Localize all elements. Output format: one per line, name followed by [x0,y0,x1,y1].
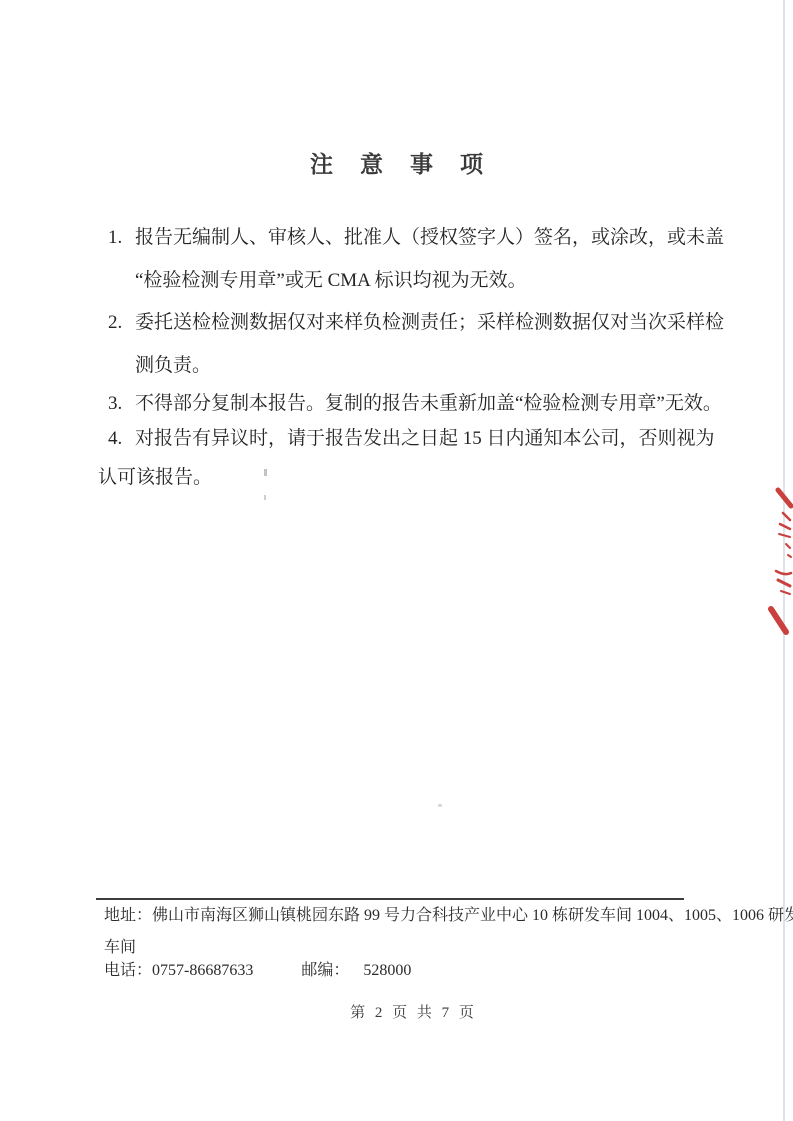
notice-line: 认可该报告。 [98,458,738,497]
red-pen-marks [767,487,793,639]
notice-text: 不得部分复制本报告。复制的报告未重新加盖“检验检测专用章”无效。 [135,393,722,414]
scan-speck [264,469,267,476]
notice-line: “检验检测专用章”或无 CMA 标识均视为无效。 [98,259,738,302]
notice-line: 1.报告无编制人、审核人、批准人（授权签字人）签名，或涂改，或未盖 [98,216,738,259]
report-notice-page: 注意事项 1.报告无编制人、审核人、批准人（授权签字人）签名，或涂改，或未盖 “… [0,0,793,1121]
footer-divider [96,898,684,900]
notice-number: 2. [108,301,135,344]
footer-postal-code: 528000 [363,962,411,979]
notice-text: 对报告有异议时，请于报告发出之日起 15 日内通知本公司，否则视为 [135,428,715,449]
footer-postal-label: 邮编： [301,962,349,979]
footer-phone: 电话：0757-86687633 [104,962,253,979]
notice-item-2: 2.委托送检检测数据仅对来样负检测责任；采样检测数据仅对当次采样检 测负责。 [98,301,738,387]
notice-number: 4. [108,419,135,458]
notice-item-1: 1.报告无编制人、审核人、批准人（授权签字人）签名，或涂改，或未盖 “检验检测专… [98,216,738,302]
notice-line: 2.委托送检检测数据仅对来样负检测责任；采样检测数据仅对当次采样检 [98,301,738,344]
footer-address-line2: 车间 [104,936,136,960]
scan-speck [438,804,442,807]
page-title: 注意事项 [0,146,793,179]
notice-item-4: 4.对报告有异议时，请于报告发出之日起 15 日内通知本公司，否则视为 认可该报… [98,419,738,497]
notice-line: 4.对报告有异议时，请于报告发出之日起 15 日内通知本公司，否则视为 [98,419,738,458]
notice-number: 1. [108,216,135,259]
scan-speck [264,495,266,500]
notice-text: 报告无编制人、审核人、批准人（授权签字人）签名，或涂改，或未盖 [135,227,724,248]
footer-address-line1: 地址：佛山市南海区狮山镇桃园东路 99 号力合科技产业中心 10 栋研发车间 1… [104,904,793,928]
notice-line: 测负责。 [98,344,738,387]
notice-text: 委托送检检测数据仅对来样负检测责任；采样检测数据仅对当次采样检 [135,312,724,333]
footer-contact-row: 电话：0757-86687633邮编：528000 [104,959,411,983]
page-number: 第 2 页 共 7 页 [34,1001,793,1022]
